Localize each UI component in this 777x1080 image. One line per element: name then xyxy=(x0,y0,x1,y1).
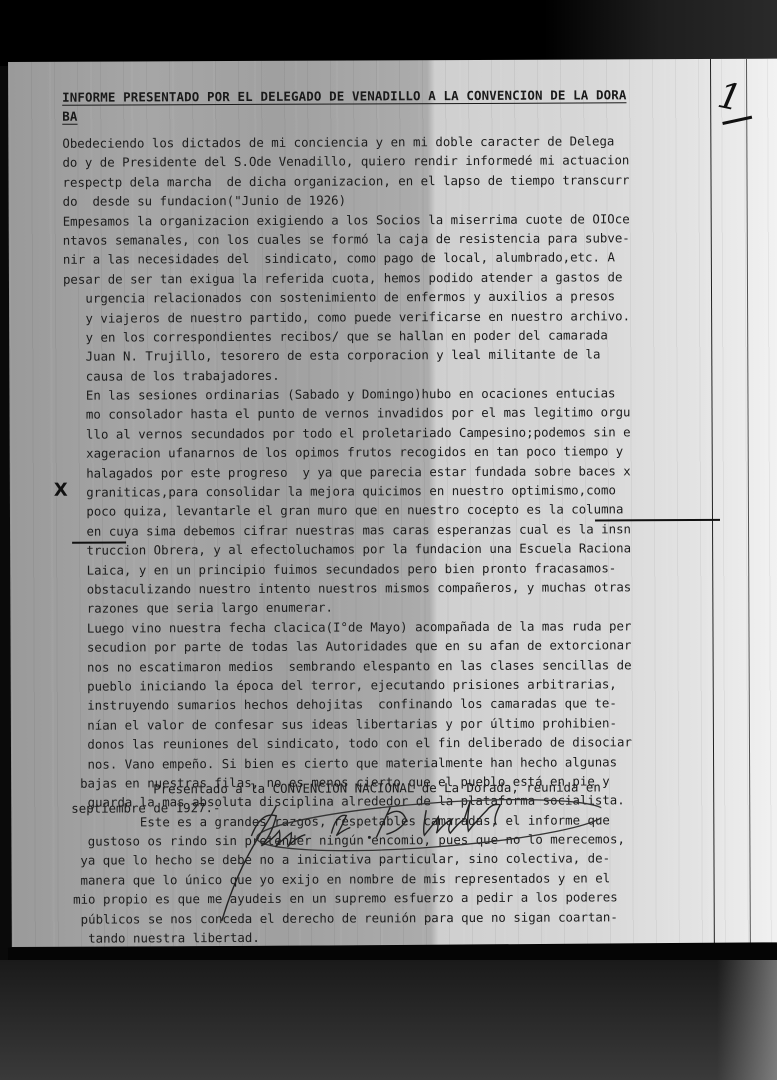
body-line: poco quiza, levantarle el gran muro que … xyxy=(64,499,719,521)
body-line: donos las reuniones del sindicato, todo … xyxy=(65,732,720,754)
body-line: y viajeros de nuestro partido, como pued… xyxy=(63,305,718,327)
body-line: pesar de ser tan exigua la referida cuot… xyxy=(63,267,718,289)
body-line: nos no escatimaron medios sembrando eles… xyxy=(65,654,720,676)
body-line: obstaculizando nuestro intento nuestros … xyxy=(64,577,719,599)
title-line-1: INFORME PRESENTADO POR EL DELEGADO DE VE… xyxy=(62,87,626,104)
handwritten-page-number: 1 xyxy=(714,75,745,120)
signature-icon: Juan de D. Giraldo G. xyxy=(181,794,602,926)
body-line: respectp dela marcha de dicha organizaci… xyxy=(62,170,717,192)
scan-artifact-line xyxy=(746,59,751,944)
body-line: ntavos semanales, con los cuales se form… xyxy=(63,228,718,250)
body-line: xageracion ufanarnos de los opimos fruto… xyxy=(64,441,719,463)
body-line: secudion por parte de todas las Autorida… xyxy=(65,635,720,657)
body-line: truccion Obrera, y al efectoluchamos por… xyxy=(64,538,719,560)
body-line: mo consolador hasta el punto de vernos i… xyxy=(63,402,718,424)
body-line: do y de Presidente del S.Ode Venadillo, … xyxy=(62,150,717,172)
document-title: INFORME PRESENTADO POR EL DELEGADO DE VE… xyxy=(62,85,702,126)
scan-top-border xyxy=(0,0,777,66)
document-page: INFORME PRESENTADO POR EL DELEGADO DE VE… xyxy=(8,59,777,947)
body-line: halagados por este progreso y ya que par… xyxy=(64,461,719,483)
scan-bottom-border xyxy=(0,960,777,1080)
title-line-2: BA xyxy=(62,109,77,124)
